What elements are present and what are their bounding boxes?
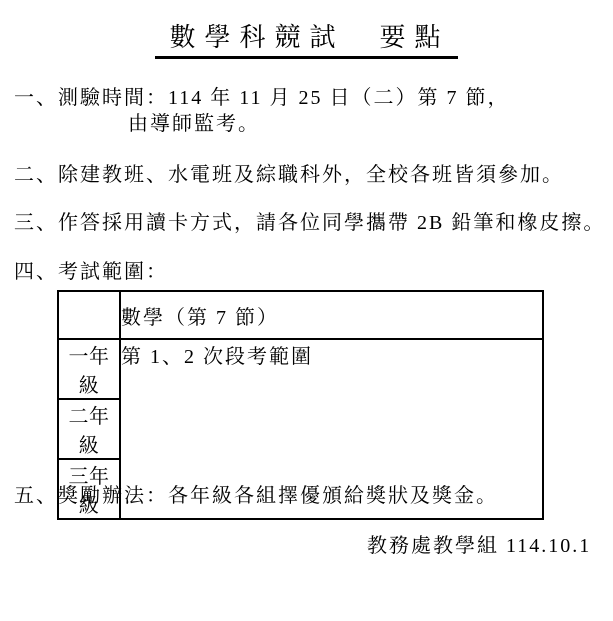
table-corner-empty-cell	[58, 291, 120, 339]
item-1-line-2: 由導師監考。	[128, 113, 260, 135]
item-4: 四、考試範圍：	[14, 261, 168, 283]
document-title: 數學科競試 要點	[155, 24, 457, 59]
item-5: 五、獎勵辦法：各年級各組擇優頒給獎狀及獎金。	[14, 485, 498, 507]
table-row-grade-2: 二年級	[58, 399, 120, 459]
signature-line: 教務處教學組 114.10.1	[367, 535, 591, 557]
document-page: 數學科競試 要點 一、測驗時間：114 年 11 月 25 日（二）第 7 節，…	[0, 0, 613, 621]
item-2: 二、除建教班、水電班及綜職科外，全校各班皆須參加。	[14, 164, 564, 186]
table-row-grade-1: 一年級	[58, 339, 120, 399]
table-subject-header: 數學（第 7 節）	[120, 291, 543, 339]
title-container: 數學科競試 要點	[0, 24, 613, 59]
item-3: 三、作答採用讀卡方式，請各位同學攜帶 2B 鉛筆和橡皮擦。	[14, 212, 605, 234]
item-1-line-1: 一、測驗時間：114 年 11 月 25 日（二）第 7 節，	[14, 87, 510, 109]
